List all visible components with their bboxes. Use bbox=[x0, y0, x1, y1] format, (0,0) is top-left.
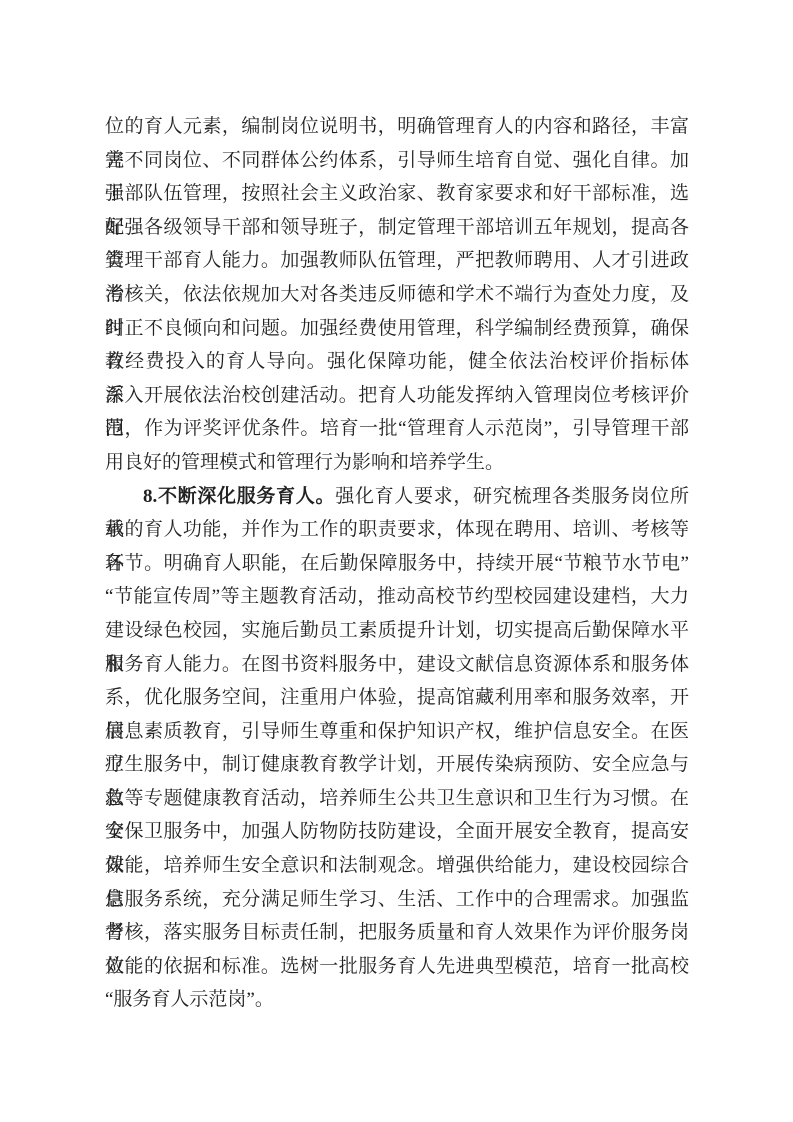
text-line: 卫生服务中，制订健康教育教学计划，开展传染病预防、安全应急与急 bbox=[105, 748, 689, 782]
text-line: 善不同岗位、不同群体公约体系，引导师生培育自觉、强化自律。加强 bbox=[105, 144, 689, 178]
text-line: 信息素质教育，引导师生尊重和保护知识产权，维护信息安全。在医疗 bbox=[105, 715, 689, 749]
paragraph-management-yuren: 位的育人元素，编制岗位说明书，明确管理育人的内容和路径，丰富完 善不同岗位、不同… bbox=[105, 110, 689, 480]
text-line: 考核关，依法依规加大对各类违反师德和学术不端行为查处力度，及时 bbox=[105, 278, 689, 312]
text-line: “节能宣传周”等主题教育活动，推动高校节约型校园建设建档，大力 bbox=[105, 580, 689, 614]
text-line: 用良好的管理模式和管理行为影响和培养学生。 bbox=[105, 446, 689, 480]
text-line: 围，作为评奖评优条件。培育一批“管理育人示范岗”，引导管理干部 bbox=[105, 412, 689, 446]
text-line: 全保卫服务中，加强人防物防技防建设，全面开展安全教育，提高安保 bbox=[105, 815, 689, 849]
section-heading: 8.不断深化服务育人。 bbox=[143, 486, 335, 507]
text-line: 管理干部育人能力。加强教师队伍管理，严把教师聘用、人才引进政治 bbox=[105, 244, 689, 278]
paragraph-8-service-yuren: 8.不断深化服务育人。强化育人要求，研究梳理各类服务岗位所承 载的育人功能，并作… bbox=[105, 480, 689, 1018]
text-line: 育经费投入的育人导向。强化保障功能，健全依法治校评价指标体系， bbox=[105, 345, 689, 379]
text-line: 效能，培养师生安全意识和法制观念。增强供给能力，建设校园综合信 bbox=[105, 849, 689, 883]
text-line-heading: 8.不断深化服务育人。强化育人要求，研究梳理各类服务岗位所承 bbox=[105, 480, 689, 514]
text-line: 息服务系统，充分满足师生学习、生活、工作中的合理需求。加强监督 bbox=[105, 883, 689, 917]
document-page: 位的育人元素，编制岗位说明书，明确管理育人的内容和路径，丰富完 善不同岗位、不同… bbox=[0, 0, 793, 1122]
text-line: 效能的依据和标准。选树一批服务育人先进典型模范，培育一批高校 bbox=[105, 950, 689, 984]
text-line: 环节。明确育人职能，在后勤保障服务中，持续开展“节粮节水节电” bbox=[105, 547, 689, 581]
text-line: 考核，落实服务目标责任制，把服务质量和育人效果作为评价服务岗位 bbox=[105, 916, 689, 950]
text-line: 建设绿色校园，实施后勤员工素质提升计划，切实提高后勤保障水平和 bbox=[105, 614, 689, 648]
text-line: 位的育人元素，编制岗位说明书，明确管理育人的内容和路径，丰富完 bbox=[105, 110, 689, 144]
text-line: 系，优化服务空间，注重用户体验，提高馆藏利用率和服务效率，开展 bbox=[105, 681, 689, 715]
text-line: 纠正不良倾向和问题。加强经费使用管理，科学编制经费预算，确保教 bbox=[105, 312, 689, 346]
text-line: 服务育人能力。在图书资料服务中，建设文献信息资源体系和服务体 bbox=[105, 648, 689, 682]
text-line: 配强各级领导干部和领导班子，制定管理干部培训五年规划，提高各类 bbox=[105, 211, 689, 245]
text-line: 深入开展依法治校创建活动。把育人功能发挥纳入管理岗位考核评价范 bbox=[105, 379, 689, 413]
text-line: 救等专题健康教育活动，培养师生公共卫生意识和卫生行为习惯。在安 bbox=[105, 782, 689, 816]
text-line: 干部队伍管理，按照社会主义政治家、教育家要求和好干部标准，选好 bbox=[105, 177, 689, 211]
body-text: 位的育人元素，编制岗位说明书，明确管理育人的内容和路径，丰富完 善不同岗位、不同… bbox=[105, 110, 689, 1017]
text-line: 载的育人功能，并作为工作的职责要求，体现在聘用、培训、考核等各 bbox=[105, 513, 689, 547]
text-line: “服务育人示范岗”。 bbox=[105, 983, 689, 1017]
